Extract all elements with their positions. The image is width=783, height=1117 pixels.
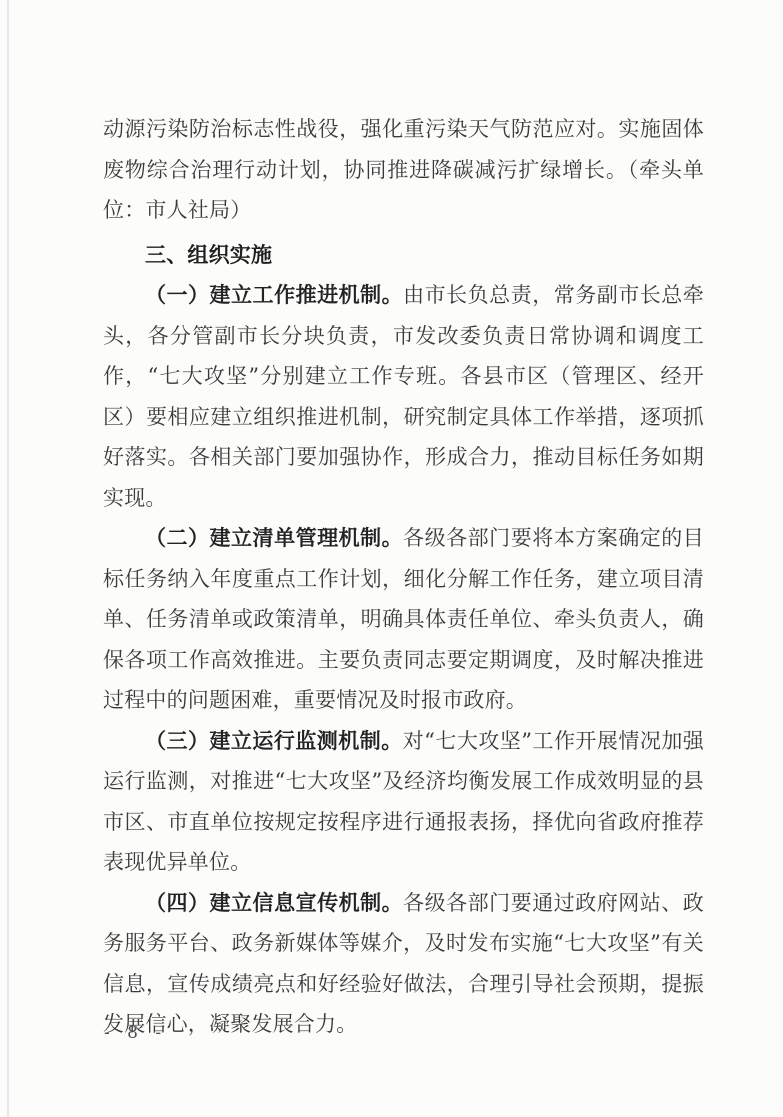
item-1-body: 由市长负总责，常务副市长总牵头，各分管副市长分块负责，市发改委负责日常协调和调度… (103, 283, 704, 510)
page-number: - 8 - (104, 1023, 167, 1043)
item-1-lead: （一）建立工作推进机制。 (145, 282, 403, 307)
item-3-lead: （三）建立运行监测机制。 (145, 728, 403, 753)
item-paragraph-1: （一）建立工作推进机制。由市长负总责，常务副市长总牵头，各分管副市长分块负责，市… (103, 275, 704, 518)
section-heading: 三、组织实施 (103, 235, 704, 276)
paragraph-continuation: 动源污染防治标志性战役，强化重污染天气防范应对。实施固体废物综合治理行动计划，协… (103, 109, 704, 231)
item-paragraph-3: （三）建立运行监测机制。对“七大攻坚”工作开展情况加强运行监测，对推进“七大攻坚… (103, 721, 704, 883)
item-paragraph-2: （二）建立清单管理机制。各级各部门要将本方案确定的目标任务纳入年度重点工作计划，… (103, 518, 704, 721)
item-2-lead: （二）建立清单管理机制。 (145, 525, 403, 550)
item-4-lead: （四）建立信息宣传机制。 (145, 890, 403, 915)
document-page: 动源污染防治标志性战役，强化重污染天气防范应对。实施固体废物综合治理行动计划，协… (0, 0, 783, 1117)
item-paragraph-4: （四）建立信息宣传机制。各级各部门要通过政府网站、政务服务平台、政务新媒体等媒介… (103, 883, 704, 1045)
item-2-body: 各级各部门要将本方案确定的目标任务纳入年度重点工作计划，细化分解工作任务，建立项… (103, 526, 704, 712)
document-body: 动源污染防治标志性战役，强化重污染天气防范应对。实施固体废物综合治理行动计划，协… (103, 109, 704, 1045)
scan-edge-artifact (7, 0, 9, 1117)
